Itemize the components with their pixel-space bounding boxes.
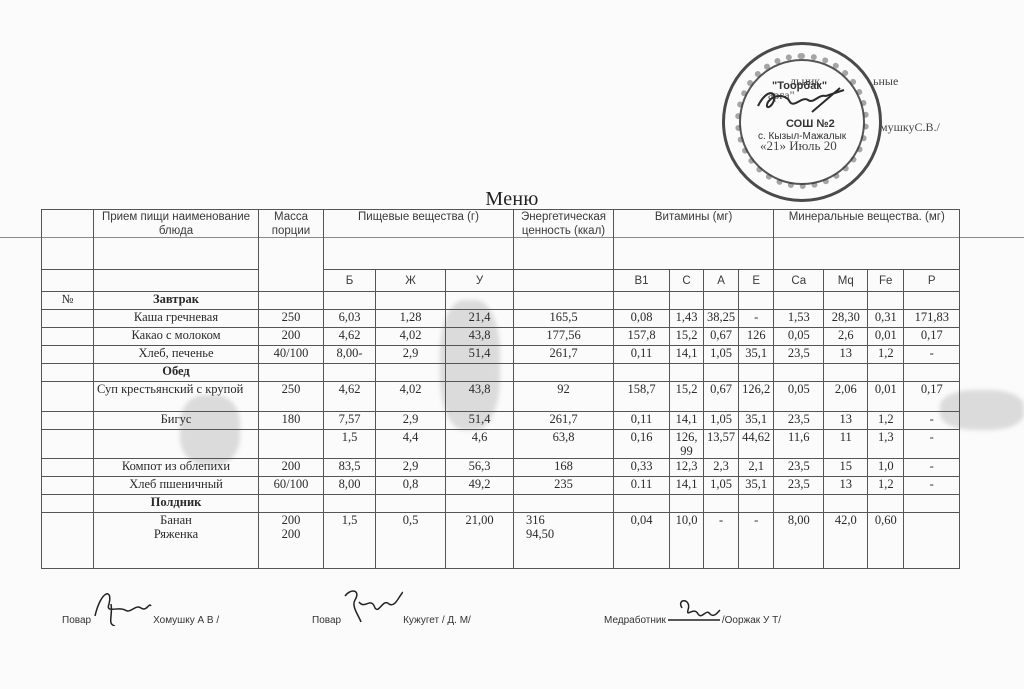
section-name: Обед <box>94 364 259 382</box>
cell-fe: 1,0 <box>868 459 904 477</box>
cell-b1: 158,7 <box>614 382 670 412</box>
cell-ca: 0,05 <box>774 328 824 346</box>
dish-name: Суп крестьянский с крупой <box>94 382 259 412</box>
cell-a: 1,05 <box>704 412 739 430</box>
menu-table: Прием пищи наименование блюда Масса порц… <box>41 209 960 569</box>
signature-cook-2: ПоварКужугет / Д. М/ <box>312 606 471 626</box>
empty-cell <box>774 364 824 382</box>
empty-cell <box>670 364 704 382</box>
empty-cell <box>739 292 774 310</box>
cell-mg: 28,30 <box>824 310 868 328</box>
cell-c: 10,0 <box>670 513 704 569</box>
cell-c: 12,3 <box>670 459 704 477</box>
cell-fe: 1,2 <box>868 412 904 430</box>
cell-zh: 2,9 <box>376 412 446 430</box>
cell-e: 44,62 <box>739 430 774 459</box>
cell-c: 1,43 <box>670 310 704 328</box>
cell-a: 1,05 <box>704 346 739 364</box>
empty-cell <box>514 495 614 513</box>
dish-name: Хлеб, печенье <box>94 346 259 364</box>
empty-cell <box>514 292 614 310</box>
cell-mg: 13 <box>824 346 868 364</box>
cell-kcal: 261,7 <box>514 346 614 364</box>
cell-zh: 2,9 <box>376 346 446 364</box>
cell-p: - <box>904 412 960 430</box>
empty-cell <box>376 364 446 382</box>
cell-kcal: 92 <box>514 382 614 412</box>
row-number <box>42 328 94 346</box>
header-row-main: Прием пищи наименование блюда Масса порц… <box>42 210 960 254</box>
empty-cell <box>324 364 376 382</box>
cell-zh: 2,9 <box>376 459 446 477</box>
dish-name: Каша гречневая <box>94 310 259 328</box>
cell-e: 2,1 <box>739 459 774 477</box>
table-row: Бигус1807,572,951,4261,70,1114,11,0535,1… <box>42 412 960 430</box>
table-row: Банан Ряженка200 2001,50,521,00316 94,50… <box>42 513 960 569</box>
cell-ca: 23,5 <box>774 412 824 430</box>
cell-b: 8,00- <box>324 346 376 364</box>
handwritten-signature <box>341 606 403 626</box>
cell-fe: 1,2 <box>868 346 904 364</box>
cell-u: 43,8 <box>446 328 514 346</box>
cell-p: 0,17 <box>904 382 960 412</box>
cell-p: - <box>904 430 960 459</box>
header-p: P <box>904 270 960 292</box>
cell-fe: 0,01 <box>868 328 904 346</box>
row-number-header: № <box>42 292 94 310</box>
cell-p: 171,83 <box>904 310 960 328</box>
header-empty <box>514 270 614 292</box>
table-row: Каша гречневая2506,031,2821,4165,50,081,… <box>42 310 960 328</box>
approver-name: мушкуС.В./ <box>880 120 940 135</box>
empty-cell <box>376 495 446 513</box>
cell-b: 7,57 <box>324 412 376 430</box>
cell-mass: 200 <box>259 459 324 477</box>
dish-name: Хлеб пшеничный <box>94 477 259 495</box>
empty-cell <box>514 364 614 382</box>
cell-p: - <box>904 459 960 477</box>
header-portion: Масса порции <box>259 210 324 292</box>
signature-role: Повар <box>62 615 91 626</box>
cell-fe: 1,3 <box>868 430 904 459</box>
dish-name <box>94 430 259 459</box>
cell-kcal: 261,7 <box>514 412 614 430</box>
header-empty <box>94 270 259 292</box>
empty-cell <box>774 495 824 513</box>
section-row: Полдник <box>42 495 960 513</box>
row-number <box>42 430 94 459</box>
cell-c: 14,1 <box>670 477 704 495</box>
cell-kcal: 235 <box>514 477 614 495</box>
cell-b1: 0,08 <box>614 310 670 328</box>
row-number <box>42 459 94 477</box>
cell-c: 14,1 <box>670 412 704 430</box>
empty-cell <box>868 364 904 382</box>
cell-mg: 2,6 <box>824 328 868 346</box>
director-signature <box>752 86 848 116</box>
table-row: Суп крестьянский с крупой2504,624,0243,8… <box>42 382 960 412</box>
cell-b: 4,62 <box>324 382 376 412</box>
empty-cell <box>704 364 739 382</box>
cell-mass <box>259 430 324 459</box>
cell-ca: 23,5 <box>774 459 824 477</box>
cell-b1: 0,04 <box>614 513 670 569</box>
empty-cell <box>324 495 376 513</box>
header-b1: В1 <box>614 270 670 292</box>
cell-mass: 40/100 <box>259 346 324 364</box>
cell-a: 13,57 <box>704 430 739 459</box>
row-number <box>42 513 94 569</box>
cell-mass: 250 <box>259 310 324 328</box>
cell-e: 35,1 <box>739 412 774 430</box>
row-number <box>42 495 94 513</box>
table-row: Какао с молоком2004,624,0243,8177,56157,… <box>42 328 960 346</box>
cell-c: 14,1 <box>670 346 704 364</box>
signature-name: Хомушку А В / <box>153 615 219 626</box>
empty-cell <box>739 495 774 513</box>
cell-b: 6,03 <box>324 310 376 328</box>
cell-u: 56,3 <box>446 459 514 477</box>
header-empty <box>42 210 94 270</box>
empty-cell <box>739 364 774 382</box>
row-number <box>42 477 94 495</box>
header-minerals: Минеральные вещества. (мг) <box>774 210 960 270</box>
empty-cell <box>670 495 704 513</box>
cell-u: 51,4 <box>446 346 514 364</box>
cell-e: 126 <box>739 328 774 346</box>
row-number <box>42 364 94 382</box>
cell-p: - <box>904 346 960 364</box>
cell-zh: 0,8 <box>376 477 446 495</box>
empty-cell <box>259 292 324 310</box>
header-c: С <box>670 270 704 292</box>
empty-cell <box>614 364 670 382</box>
cell-c: 126,99 <box>670 430 704 459</box>
empty-cell <box>614 292 670 310</box>
empty-cell <box>704 495 739 513</box>
empty-cell <box>824 292 868 310</box>
handwritten-signature <box>666 606 722 626</box>
signature-medic: Медработник/Ооржак У Т/ <box>604 606 781 626</box>
empty-cell <box>774 292 824 310</box>
empty-cell <box>614 495 670 513</box>
section-name: Полдник <box>94 495 259 513</box>
cell-mg: 2,06 <box>824 382 868 412</box>
cell-c: 15,2 <box>670 382 704 412</box>
header-u: У <box>446 270 514 292</box>
table-row: 1,54,44,663,80,16126,9913,5744,6211,6111… <box>42 430 960 459</box>
approval-role-suffix: ьные <box>873 74 898 89</box>
header-zh: Ж <box>376 270 446 292</box>
cell-p: 0,17 <box>904 328 960 346</box>
cell-kcal: 316 94,50 <box>514 513 614 569</box>
cell-fe: 1,2 <box>868 477 904 495</box>
cell-e: 35,1 <box>739 477 774 495</box>
cell-b1: 0,11 <box>614 346 670 364</box>
empty-cell <box>868 292 904 310</box>
cell-ca: 11,6 <box>774 430 824 459</box>
signature-role: Медработник <box>604 615 666 626</box>
signature-role: Повар <box>312 615 341 626</box>
empty-cell <box>904 292 960 310</box>
cell-kcal: 177,56 <box>514 328 614 346</box>
stamp-school: СОШ №2 <box>786 118 835 130</box>
cell-b1: 157,8 <box>614 328 670 346</box>
cell-fe: 0,31 <box>868 310 904 328</box>
cell-mg: 42,0 <box>824 513 868 569</box>
handwritten-signature <box>91 606 153 626</box>
cell-u: 4,6 <box>446 430 514 459</box>
cell-e: 126,2 <box>739 382 774 412</box>
header-energy: Энергетическая ценность (ккал) <box>514 210 614 270</box>
approval-date: «21» Июль 20 <box>760 138 837 154</box>
cell-ca: 8,00 <box>774 513 824 569</box>
cell-b: 4,62 <box>324 328 376 346</box>
header-e: Е <box>739 270 774 292</box>
document-title: Меню <box>0 188 1024 211</box>
cell-a: 0,67 <box>704 328 739 346</box>
header-vitamins: Витамины (мг) <box>614 210 774 270</box>
cell-e: 35,1 <box>739 346 774 364</box>
cell-a: 0,67 <box>704 382 739 412</box>
header-a: А <box>704 270 739 292</box>
cell-p: - <box>904 477 960 495</box>
row-number <box>42 310 94 328</box>
cell-zh: 4,4 <box>376 430 446 459</box>
cell-b: 1,5 <box>324 513 376 569</box>
cell-a: 1,05 <box>704 477 739 495</box>
signature-name: /Ооржак У Т/ <box>722 615 781 626</box>
table-row: Хлеб, печенье40/1008,00-2,951,4261,70,11… <box>42 346 960 364</box>
cell-b1: 0,16 <box>614 430 670 459</box>
cell-b: 1,5 <box>324 430 376 459</box>
cell-fe: 0,01 <box>868 382 904 412</box>
cell-mass: 60/100 <box>259 477 324 495</box>
header-ca: Ca <box>774 270 824 292</box>
cell-zh: 1,28 <box>376 310 446 328</box>
cell-mg: 11 <box>824 430 868 459</box>
cell-u: 21,00 <box>446 513 514 569</box>
cell-b1: 0,33 <box>614 459 670 477</box>
signature-cook-1: ПоварХомушку А В / <box>62 606 219 626</box>
empty-cell <box>446 364 514 382</box>
cell-mg: 15 <box>824 459 868 477</box>
cell-a: 38,25 <box>704 310 739 328</box>
empty-cell <box>446 292 514 310</box>
cell-c: 15,2 <box>670 328 704 346</box>
cell-e: - <box>739 310 774 328</box>
cell-fe: 0,60 <box>868 513 904 569</box>
cell-mg: 13 <box>824 477 868 495</box>
header-row-sub: Б Ж У В1 С А Е Ca Mq Fe P <box>42 270 960 292</box>
empty-cell <box>376 292 446 310</box>
dish-name: Бигус <box>94 412 259 430</box>
header-fe: Fe <box>868 270 904 292</box>
cell-mass: 180 <box>259 412 324 430</box>
section-row: №Завтрак <box>42 292 960 310</box>
cell-e: - <box>739 513 774 569</box>
cell-mg: 13 <box>824 412 868 430</box>
signature-name: Кужугет / Д. М/ <box>403 615 471 626</box>
cell-ca: 23,5 <box>774 477 824 495</box>
cell-kcal: 63,8 <box>514 430 614 459</box>
cell-a: - <box>704 513 739 569</box>
cell-b1: 0.11 <box>614 477 670 495</box>
cell-ca: 23,5 <box>774 346 824 364</box>
cell-u: 21,4 <box>446 310 514 328</box>
empty-cell <box>824 495 868 513</box>
cell-mass: 250 <box>259 382 324 412</box>
header-meal: Прием пищи наименование блюда <box>94 210 259 270</box>
empty-cell <box>324 292 376 310</box>
cell-mass: 200 200 <box>259 513 324 569</box>
cell-zh: 4,02 <box>376 382 446 412</box>
section-name: Завтрак <box>94 292 259 310</box>
row-number <box>42 412 94 430</box>
dish-name: Компот из облепихи <box>94 459 259 477</box>
empty-cell <box>704 292 739 310</box>
cell-kcal: 168 <box>514 459 614 477</box>
cell-b: 8,00 <box>324 477 376 495</box>
cell-u: 49,2 <box>446 477 514 495</box>
table-row: Компот из облепихи20083,52,956,31680,331… <box>42 459 960 477</box>
cell-ca: 0,05 <box>774 382 824 412</box>
cell-p <box>904 513 960 569</box>
section-row: Обед <box>42 364 960 382</box>
cell-zh: 4,02 <box>376 328 446 346</box>
dish-name: Какао с молоком <box>94 328 259 346</box>
cell-a: 2,3 <box>704 459 739 477</box>
empty-cell <box>904 364 960 382</box>
cell-b1: 0,11 <box>614 412 670 430</box>
header-nutrients: Пищевые вещества (г) <box>324 210 514 270</box>
empty-cell <box>446 495 514 513</box>
row-number <box>42 382 94 412</box>
cell-zh: 0,5 <box>376 513 446 569</box>
empty-cell <box>824 364 868 382</box>
cell-ca: 1,53 <box>774 310 824 328</box>
empty-cell <box>259 495 324 513</box>
cell-u: 51,4 <box>446 412 514 430</box>
empty-cell <box>904 495 960 513</box>
empty-cell <box>259 364 324 382</box>
dish-name: Банан Ряженка <box>94 513 259 569</box>
cell-mass: 200 <box>259 328 324 346</box>
header-b: Б <box>324 270 376 292</box>
header-empty <box>42 270 94 292</box>
empty-cell <box>670 292 704 310</box>
cell-b: 83,5 <box>324 459 376 477</box>
empty-cell <box>868 495 904 513</box>
row-number <box>42 346 94 364</box>
cell-u: 43,8 <box>446 382 514 412</box>
header-mg: Mq <box>824 270 868 292</box>
cell-kcal: 165,5 <box>514 310 614 328</box>
table-row: Хлеб пшеничный60/1008,000,849,22350.1114… <box>42 477 960 495</box>
